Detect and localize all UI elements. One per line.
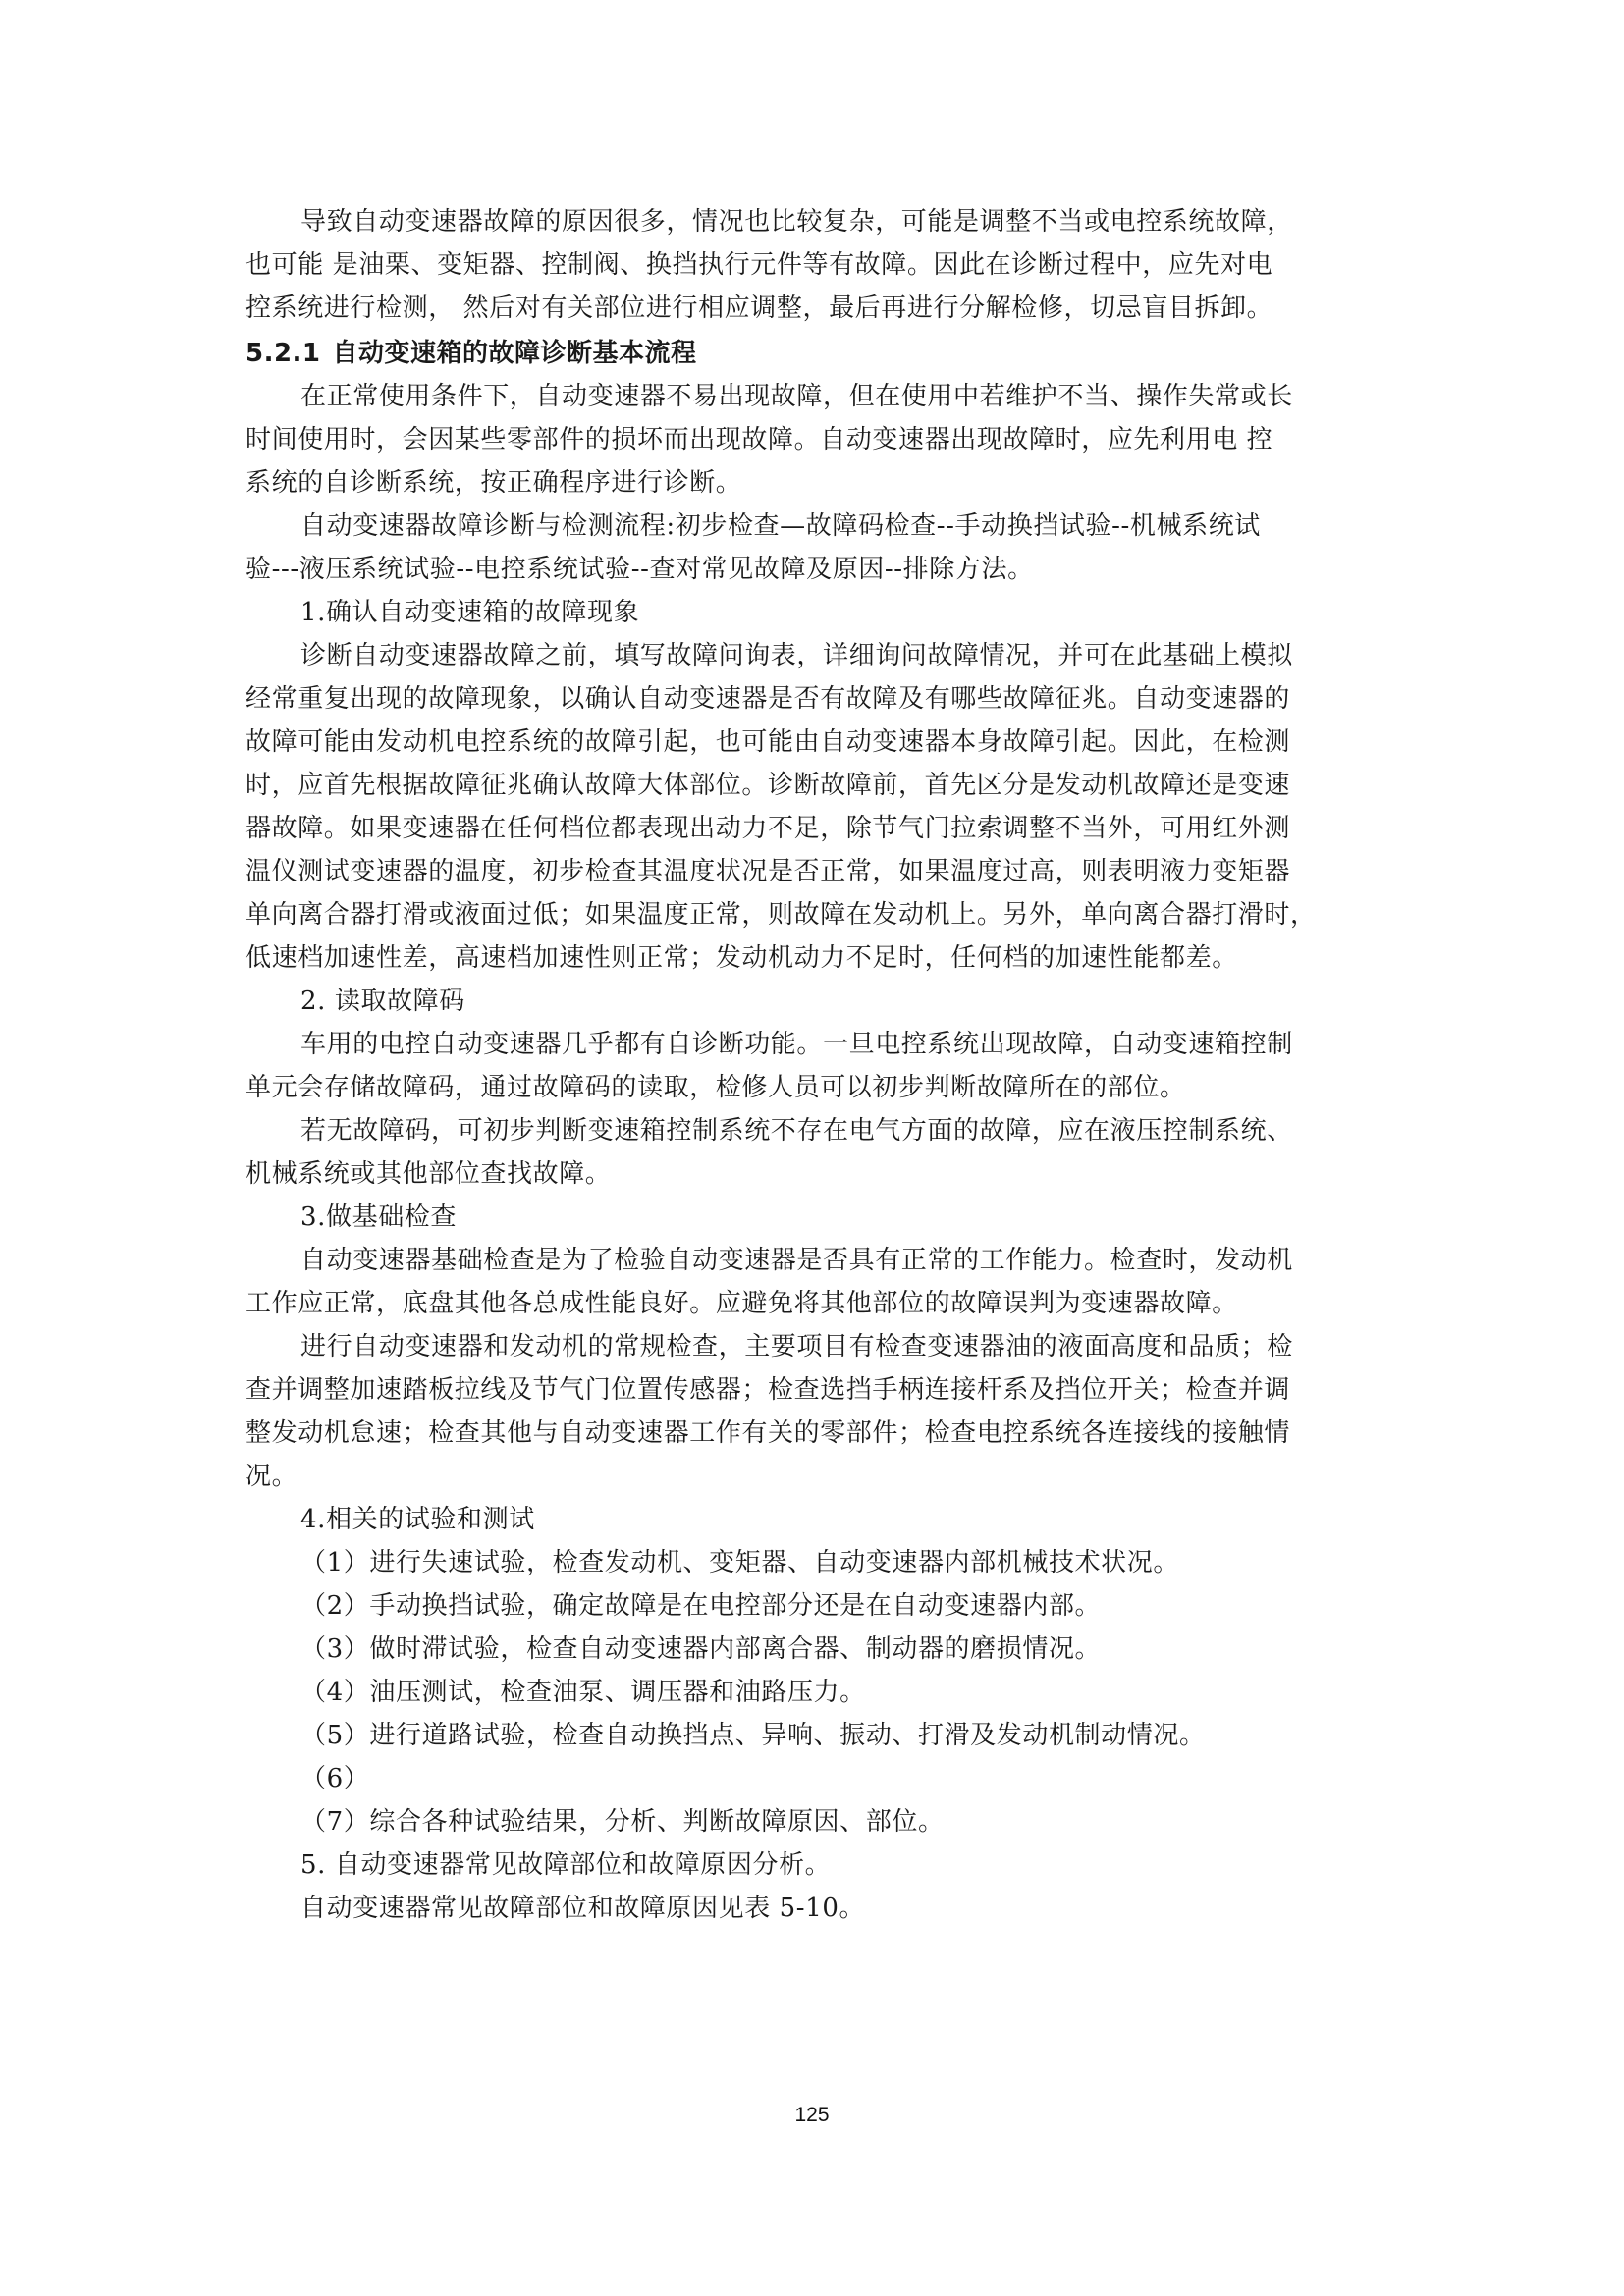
step3-body-a: 自动变速器基础检查是为了检验自动变速器是否具有正常的工作能力。检查时，发动机 工…	[245, 1239, 1388, 1325]
text-line: 低速档加速性差，高速档加速性则正常；发动机动力不足时，任何档的加速性能都差。	[245, 936, 1388, 980]
text-line: 自动变速器基础检查是为了检验自动变速器是否具有正常的工作能力。检查时，发动机	[245, 1239, 1388, 1282]
list-item: （3）做时滞试验，检查自动变速器内部离合器、制动器的磨损情况。	[245, 1628, 1388, 1671]
paragraph-conditions: 在正常使用条件下，自动变速器不易出现故障，但在使用中若维护不当、操作失常或长 时…	[245, 375, 1388, 505]
text-line: 器故障。如果变速器在任何档位都表现出动力不足，除节气门拉索调整不当外，可用红外测	[245, 807, 1388, 850]
list-item: （1）进行失速试验，检查发动机、变矩器、自动变速器内部机械技术状况。	[245, 1541, 1388, 1584]
paragraph-diagnosis-flow: 自动变速器故障诊断与检测流程:初步检查—故障码检查--手动换挡试验--机械系统试…	[245, 505, 1388, 591]
step1-body: 诊断自动变速器故障之前，填写故障问询表，详细询问故障情况，并可在此基础上模拟 经…	[245, 634, 1388, 980]
step1-title: 1.确认自动变速箱的故障现象	[245, 591, 1388, 634]
list-item: （2）手动换挡试验，确定故障是在电控部分还是在自动变速器内部。	[245, 1584, 1388, 1628]
document-page: 导致自动变速器故障的原因很多，情况也比较复杂，可能是调整不当或电控系统故障， 也…	[245, 200, 1388, 1930]
text-line: 故障可能由发动机电控系统的故障引起，也可能由自动变速器本身故障引起。因此，在检测	[245, 721, 1388, 764]
list-item: （5）进行道路试验，检查自动换挡点、异响、振动、打滑及发动机制动情况。	[245, 1714, 1388, 1757]
text-line: 工作应正常，底盘其他各总成性能良好。应避免将其他部位的故障误判为变速器故障。	[245, 1282, 1388, 1325]
text-line: 导致自动变速器故障的原因很多，情况也比较复杂，可能是调整不当或电控系统故障，	[245, 200, 1388, 243]
text-line: 验---液压系统试验--电控系统试验--查对常见故障及原因--排除方法。	[245, 548, 1388, 591]
text-line: 况。	[245, 1455, 1388, 1498]
step3-body-b: 进行自动变速器和发动机的常规检查，主要项目有检查变速器油的液面高度和品质；检 查…	[245, 1325, 1388, 1498]
page-number: 125	[0, 2104, 1624, 2127]
text-line: 经常重复出现的故障现象，以确认自动变速器是否有故障及有哪些故障征兆。自动变速器的	[245, 677, 1388, 721]
step2-title: 2. 读取故障码	[245, 980, 1388, 1023]
list-item: （6）	[245, 1757, 1388, 1800]
list-item: （7）综合各种试验结果，分析、判断故障原因、部位。	[245, 1800, 1388, 1843]
step5-body: 自动变速器常见故障部位和故障原因见表 5-10。	[245, 1887, 1388, 1930]
step2-body-b: 若无故障码，可初步判断变速箱控制系统不存在电气方面的故障，应在液压控制系统、 机…	[245, 1109, 1388, 1196]
step2-body-a: 车用的电控自动变速器几乎都有自诊断功能。一旦电控系统出现故障，自动变速箱控制 单…	[245, 1023, 1388, 1109]
text-line: 机械系统或其他部位查找故障。	[245, 1152, 1388, 1196]
section-title: 自动变速箱的故障诊断基本流程	[333, 339, 697, 368]
section-number: 5.2.1	[245, 339, 321, 368]
step4-title: 4.相关的试验和测试	[245, 1498, 1388, 1541]
intro-paragraph: 导致自动变速器故障的原因很多，情况也比较复杂，可能是调整不当或电控系统故障， 也…	[245, 200, 1388, 330]
text-line: 自动变速器故障诊断与检测流程:初步检查—故障码检查--手动换挡试验--机械系统试	[245, 505, 1388, 548]
section-heading: 5.2.1自动变速箱的故障诊断基本流程	[245, 332, 1388, 375]
text-line: 进行自动变速器和发动机的常规检查，主要项目有检查变速器油的液面高度和品质；检	[245, 1325, 1388, 1368]
text-line: 也可能 是油栗、变矩器、控制阀、换挡执行元件等有故障。因此在诊断过程中，应先对电	[245, 243, 1388, 287]
text-line: 车用的电控自动变速器几乎都有自诊断功能。一旦电控系统出现故障，自动变速箱控制	[245, 1023, 1388, 1066]
text-line: 诊断自动变速器故障之前，填写故障问询表，详细询问故障情况，并可在此基础上模拟	[245, 634, 1388, 677]
text-line: 单向离合器打滑或液面过低；如果温度正常，则故障在发动机上。另外，单向离合器打滑时…	[245, 893, 1388, 936]
step3-title: 3.做基础检查	[245, 1196, 1388, 1239]
list-item: （4）油压测试，检查油泵、调压器和油路压力。	[245, 1671, 1388, 1714]
text-line: 单元会存储故障码，通过故障码的读取，检修人员可以初步判断故障所在的部位。	[245, 1066, 1388, 1109]
step4-list: （1）进行失速试验，检查发动机、变矩器、自动变速器内部机械技术状况。 （2）手动…	[245, 1541, 1388, 1843]
text-line: 若无故障码，可初步判断变速箱控制系统不存在电气方面的故障，应在液压控制系统、	[245, 1109, 1388, 1152]
step5-title: 5. 自动变速器常见故障部位和故障原因分析。	[245, 1843, 1388, 1887]
text-line: 控系统进行检测， 然后对有关部位进行相应调整，最后再进行分解检修，切忌盲目拆卸。	[245, 287, 1388, 330]
text-line: 温仪测试变速器的温度，初步检查其温度状况是否正常，如果温度过高，则表明液力变矩器	[245, 850, 1388, 893]
text-line: 时间使用时，会因某些零部件的损坏而出现故障。自动变速器出现故障时，应先利用电 控	[245, 418, 1388, 461]
text-line: 在正常使用条件下，自动变速器不易出现故障，但在使用中若维护不当、操作失常或长	[245, 375, 1388, 418]
text-line: 时，应首先根据故障征兆确认故障大体部位。诊断故障前，首先区分是发动机故障还是变速	[245, 764, 1388, 807]
text-line: 整发动机怠速；检查其他与自动变速器工作有关的零部件；检查电控系统各连接线的接触情	[245, 1412, 1388, 1455]
text-line: 系统的自诊断系统，按正确程序进行诊断。	[245, 461, 1388, 505]
text-line: 查并调整加速踏板拉线及节气门位置传感器；检查选挡手柄连接杆系及挡位开关；检查并调	[245, 1368, 1388, 1412]
